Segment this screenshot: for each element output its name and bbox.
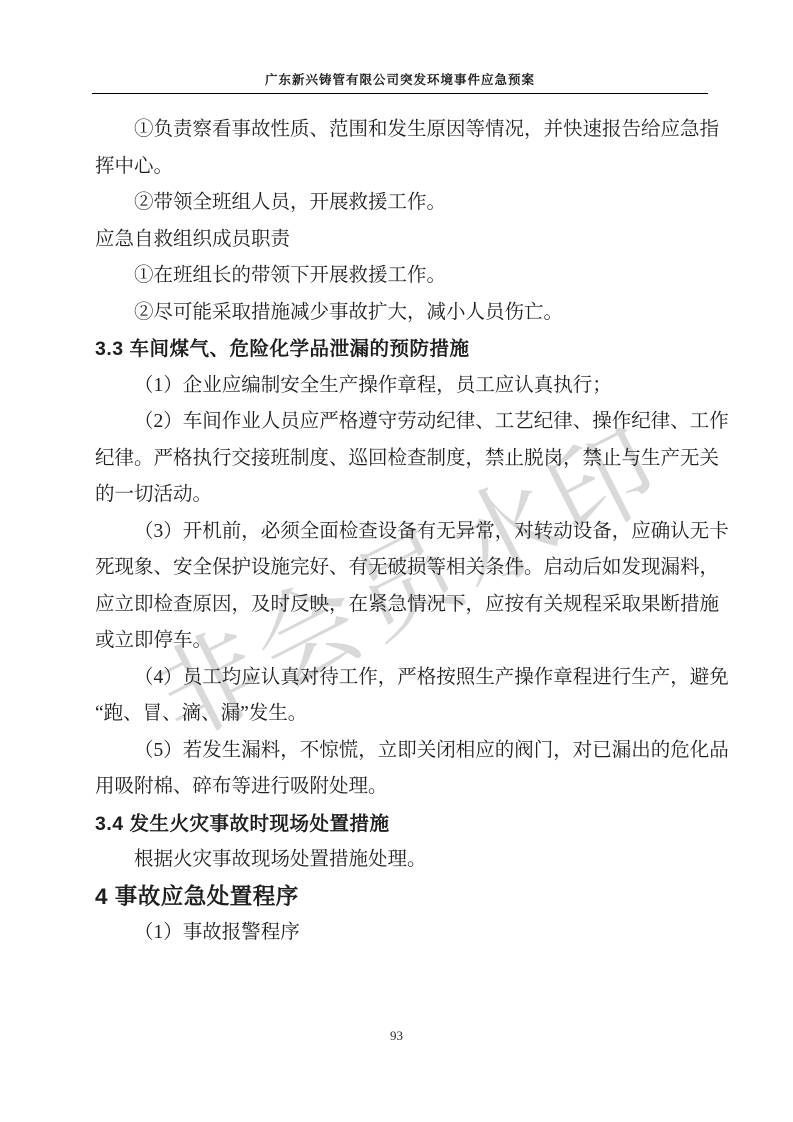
header-rule (92, 93, 708, 94)
paragraph-line: ②带领全班组人员，开展救援工作。 (95, 185, 703, 222)
paragraph-line: （5）若发生漏料，不惊慌，立即关闭相应的阀门，对已漏出的危化品 (95, 733, 703, 770)
paragraph-line: “跑、冒、滴、漏”发生。 (95, 696, 703, 733)
paragraph-line: 应立即检查原因，及时反映，在紧急情况下，应按有关规程采取果断措施 (95, 587, 703, 624)
paragraph-line: 根据火灾事故现场处置措施处理。 (95, 842, 703, 879)
paragraph-line: 的一切活动。 (95, 477, 703, 514)
paragraph-line: 死现象、安全保护设施完好、有无破损等相关条件。启动后如发现漏料， (95, 550, 703, 587)
document-page: 非会员水印 广东新兴铸管有限公司突发环境事件应急预案 ①负责察看事故性质、范围和… (0, 0, 793, 1122)
section-heading-3-3: 3.3 车间煤气、危险化学品泄漏的预防措施 (95, 331, 703, 368)
paragraph-line: （3）开机前，必须全面检查设备有无异常，对转动设备，应确认无卡 (95, 514, 703, 551)
paragraph-line: 应急自救组织成员职责 (95, 222, 703, 259)
paragraph-line: （1）企业应编制安全生产操作章程，员工应认真执行； (95, 368, 703, 405)
paragraph-line: （1）事故报警程序 (95, 915, 703, 952)
paragraph-line: 或立即停车。 (95, 623, 703, 660)
paragraph-line: （2）车间作业人员应严格遵守劳动纪律、工艺纪律、操作纪律、工作 (95, 404, 703, 441)
header-title: 广东新兴铸管有限公司突发环境事件应急预案 (92, 70, 708, 88)
page-number: 93 (0, 1028, 793, 1044)
paragraph-line: ②尽可能采取措施减少事故扩大，减小人员伤亡。 (95, 295, 703, 332)
document-body: ①负责察看事故性质、范围和发生原因等情况，并快速报告给应急指 挥中心。 ②带领全… (95, 112, 703, 952)
chapter-heading-4: 4 事故应急处置程序 (95, 879, 703, 916)
page-header: 广东新兴铸管有限公司突发环境事件应急预案 (92, 0, 708, 94)
paragraph-line: 纪律。严格执行交接班制度、巡回检查制度，禁止脱岗，禁止与生产无关 (95, 441, 703, 478)
paragraph-line: 挥中心。 (95, 149, 703, 186)
section-heading-3-4: 3.4 发生火灾事故时现场处置措施 (95, 806, 703, 843)
paragraph-line: 用吸附棉、碎布等进行吸附处理。 (95, 769, 703, 806)
paragraph-line: ①负责察看事故性质、范围和发生原因等情况，并快速报告给应急指 (95, 112, 703, 149)
paragraph-line: （4）员工均应认真对待工作，严格按照生产操作章程进行生产，避免 (95, 660, 703, 697)
paragraph-line: ①在班组长的带领下开展救援工作。 (95, 258, 703, 295)
